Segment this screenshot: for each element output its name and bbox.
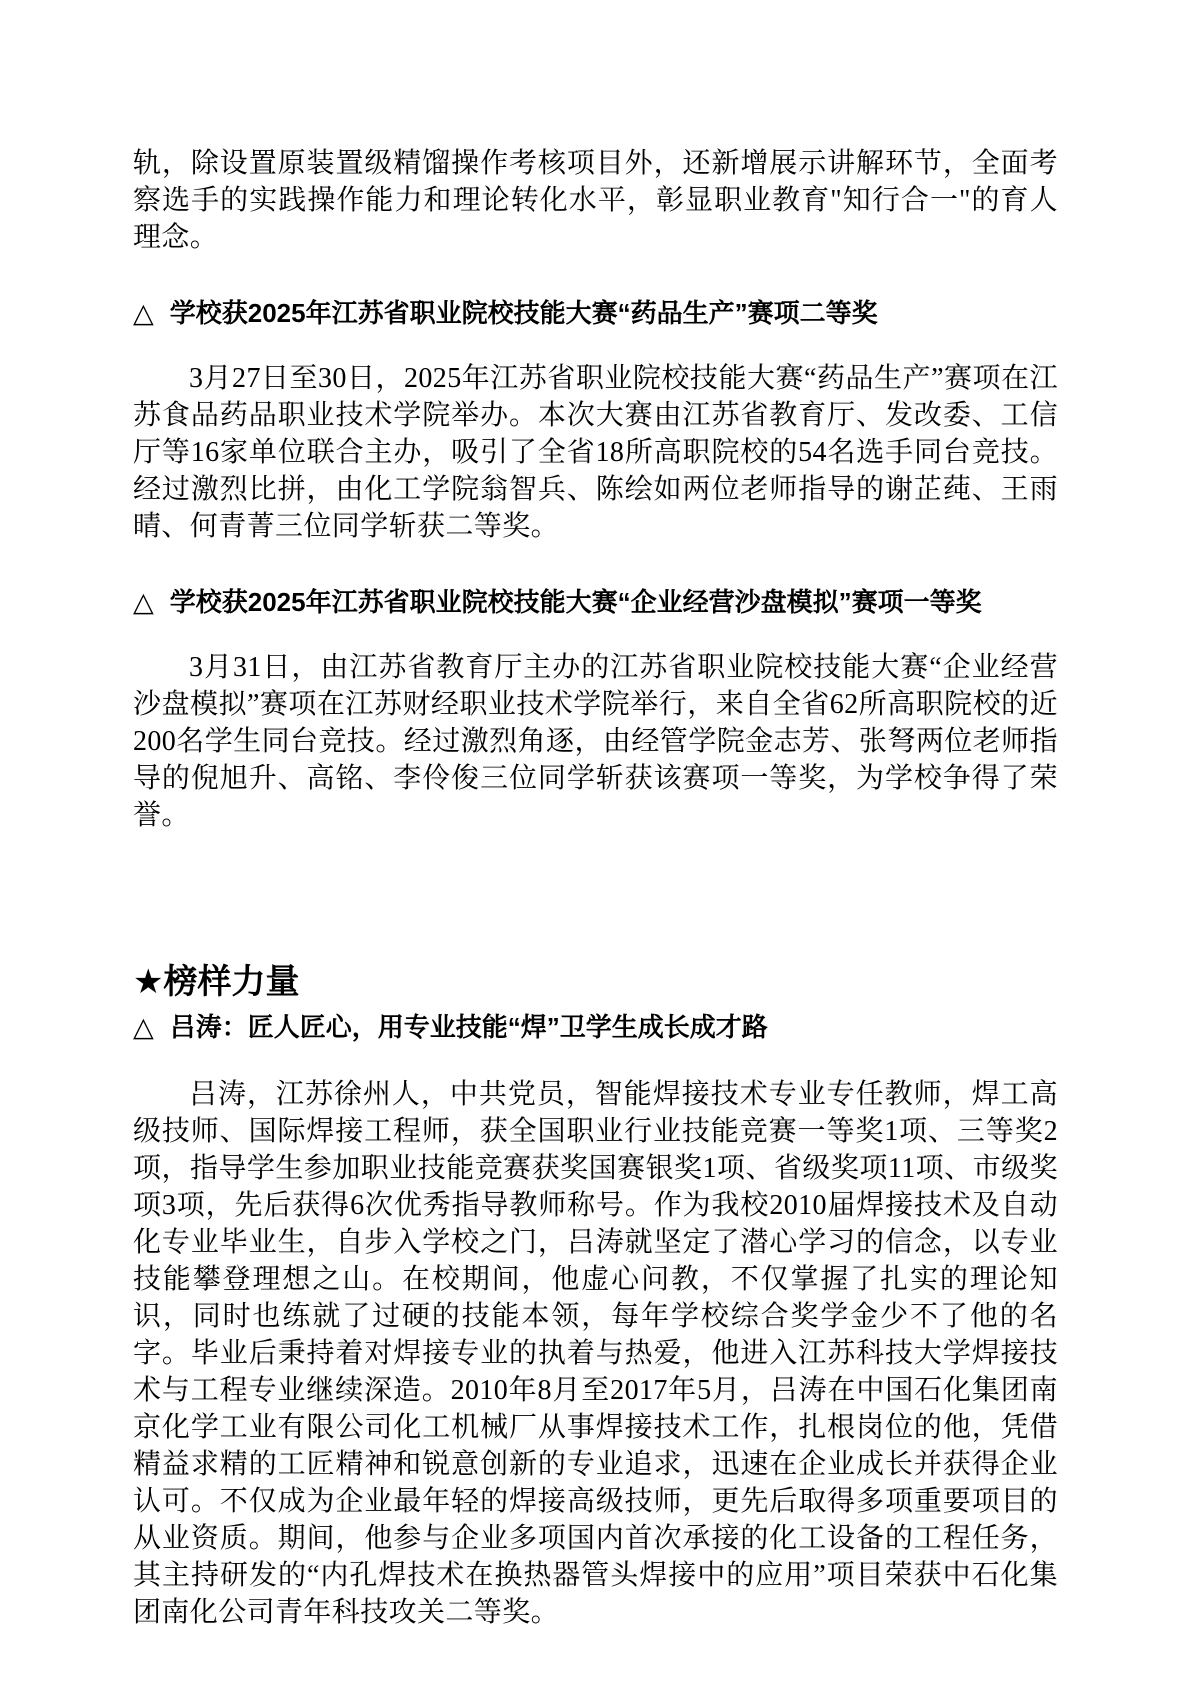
news-body-lvtao: 吕涛，江苏徐州人，中共党员，智能焊接技术专业专任教师，焊工高级技师、国际焊接工程… [133, 1076, 1058, 1631]
section-title-text: 榜样力量 [163, 962, 299, 1002]
section-title-role-models: ★ 榜样力量 [133, 962, 1058, 1002]
news-heading-text: 学校获2025年江苏省职业院校技能大赛“药品生产”赛项二等奖 [170, 296, 878, 330]
paragraph-continuation: 轨，除设置原装置级精馏操作考核项目外，还新增展示讲解环节，全面考察选手的实践操作… [133, 145, 1058, 256]
news-heading-sandbox: △ 学校获2025年江苏省职业院校技能大赛“企业经营沙盘模拟”赛项一等奖 [133, 585, 1058, 619]
triangle-icon: △ [133, 585, 154, 619]
news-heading-text: 学校获2025年江苏省职业院校技能大赛“企业经营沙盘模拟”赛项一等奖 [170, 585, 982, 619]
news-body-sandbox: 3月31日，由江苏省教育厅主办的江苏省职业院校技能大赛“企业经营沙盘模拟”赛项在… [133, 649, 1058, 834]
star-icon: ★ [133, 962, 163, 1002]
document-page: 轨，除设置原装置级精馏操作考核项目外，还新增展示讲解环节，全面考察选手的实践操作… [0, 0, 1191, 1684]
news-body-pharma: 3月27日至30日，2025年江苏省职业院校技能大赛“药品生产”赛项在江苏食品药… [133, 360, 1058, 545]
news-heading-lvtao: △ 吕涛：匠人匠心，用专业技能“焊”卫学生成长成才路 [133, 1010, 1058, 1044]
news-heading-text: 吕涛：匠人匠心，用专业技能“焊”卫学生成长成才路 [170, 1010, 768, 1044]
triangle-icon: △ [133, 296, 154, 330]
news-heading-pharma: △ 学校获2025年江苏省职业院校技能大赛“药品生产”赛项二等奖 [133, 296, 1058, 330]
triangle-icon: △ [133, 1010, 154, 1044]
